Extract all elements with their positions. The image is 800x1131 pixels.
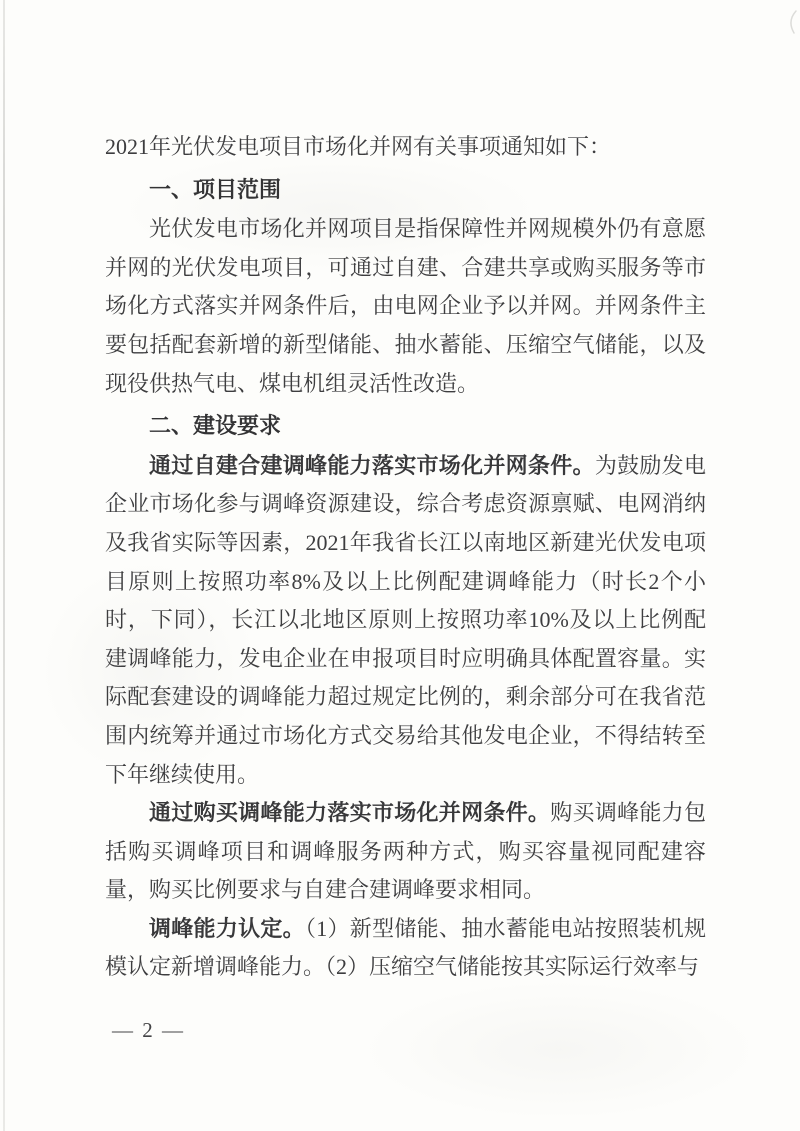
scan-page-edge xyxy=(3,0,5,1131)
paragraph-lead-recognition: 调峰能力认定。 xyxy=(149,916,305,941)
scan-artifact xyxy=(360,980,760,1120)
paragraph-body-self-build: 为鼓励发电企业市场化参与调峰资源建设，综合考虑资源禀赋、电网消纳及我省实际等因素… xyxy=(105,453,706,787)
paragraph-lead-self-build: 通过自建合建调峰能力落实市场化并网条件。 xyxy=(149,453,595,478)
page-number: — 2 — xyxy=(112,1018,185,1043)
paragraph-lead-purchase: 通过购买调峰能力落实市场化并网条件。 xyxy=(149,800,550,825)
paragraph-purchase: 通过购买调峰能力落实市场化并网条件。购买调峰能力包括购买调峰项目和调峰服务两种方… xyxy=(105,794,706,910)
section-heading-project-scope: 一、项目范围 xyxy=(105,171,706,210)
paragraph-project-scope: 光伏发电市场化并网项目是指保障性并网规模外仍有意愿并网的光伏发电项目，可通过自建… xyxy=(105,210,706,403)
section-heading-construction-requirements: 二、建设要求 xyxy=(105,407,706,446)
pencil-mark-artifact xyxy=(760,5,800,45)
paragraph-recognition: 调峰能力认定。（1）新型储能、抽水蓄能电站按照装机规模认定新增调峰能力。（2）压… xyxy=(105,910,706,987)
paragraph-self-build: 通过自建合建调峰能力落实市场化并网条件。为鼓励发电企业市场化参与调峰资源建设，综… xyxy=(105,447,706,794)
intro-paragraph: 2021年光伏发电项目市场化并网有关事项通知如下： xyxy=(105,128,706,167)
document-body: 2021年光伏发电项目市场化并网有关事项通知如下： 一、项目范围 光伏发电市场化… xyxy=(105,128,706,987)
